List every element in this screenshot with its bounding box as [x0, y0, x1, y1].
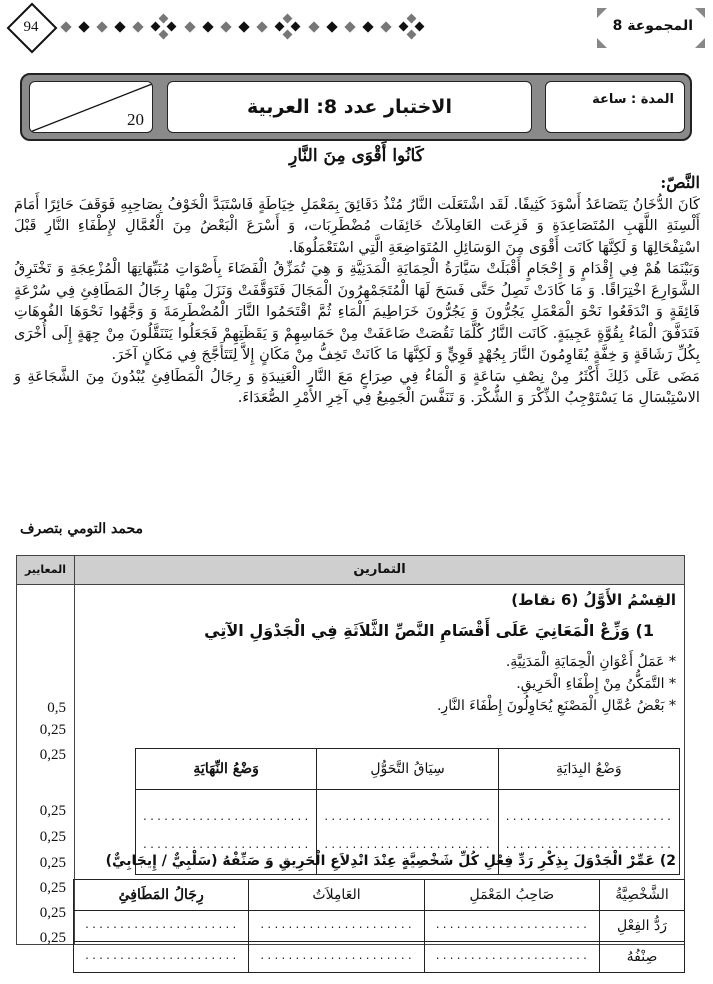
- corner-mark-icon: [695, 38, 705, 48]
- criterion-value: 0,25: [40, 747, 66, 764]
- diamond-icon: [308, 21, 319, 32]
- diamond-icon: [202, 21, 213, 32]
- answer-cell[interactable]: ......................: [249, 911, 424, 942]
- exercises-table: المعايير التمارين 0,5 0,25 0,25 0,25 0,2…: [16, 555, 685, 945]
- test-title: الاختبار عدد 8: العربية: [167, 81, 532, 133]
- meaning-item: * بَعْضُ عُمَّالِ الْمَصْنَعِ يُحَاوِلُو…: [437, 695, 676, 717]
- question-2: 2) عَمِّرْ الْجَدْوَلَ بِذِكْرِ رَدِّ فِ…: [106, 853, 676, 869]
- diamond-icon: [132, 21, 143, 32]
- diamond-icon: [238, 21, 249, 32]
- author-credit: محمد التومي بتصرف: [20, 521, 143, 537]
- column-header: رِجَالُ المَطَافِئِ: [74, 880, 249, 911]
- row-header: الشَّخْصِيَّةُ: [600, 880, 685, 911]
- text-heading: النَّصّ:: [14, 172, 700, 194]
- diamond-icon: [326, 21, 337, 32]
- diamond-icon: [256, 21, 267, 32]
- criterion-value: 0,25: [40, 930, 66, 947]
- score-total: 20: [127, 110, 144, 130]
- diamond-icon: [380, 21, 391, 32]
- diamond-icon: [362, 21, 373, 32]
- page-number: 94: [8, 4, 54, 50]
- criteria-header: المعايير: [17, 556, 75, 584]
- column-header: سِيَاقُ التَّحَوُّلِ: [317, 749, 498, 790]
- row-label: رَدُّ الفِعْلِ: [600, 911, 685, 942]
- criterion-value: 0,25: [40, 905, 66, 922]
- corner-mark-icon: [597, 38, 607, 48]
- row-label: صِنْفُهُ: [600, 942, 685, 973]
- criterion-value: 0,25: [40, 880, 66, 897]
- corner-mark-icon: [695, 8, 705, 18]
- story-title: كَانُوا أَقْوَى مِنَ النَّارِ: [0, 146, 713, 166]
- meanings-list: * عَمَلُ أَعْوَانِ الْحِمَايَةِ الْمَدَن…: [437, 651, 676, 717]
- column-header: وَضْعُ النِّهَايَةِ: [136, 749, 317, 790]
- answer-cell[interactable]: ......................: [249, 942, 424, 973]
- diamond-icon: [220, 21, 231, 32]
- answer-cell[interactable]: ......................: [424, 942, 599, 973]
- diamond-icon: [344, 21, 355, 32]
- paragraph: مَضَى عَلَى ذَلِكَ أَكْثَرُ مِنْ نِصْفِ …: [14, 366, 700, 409]
- column-header: وَضْعُ البِدَايَةِ: [498, 749, 679, 790]
- paragraph: كَانَ الدُّخَانُ يَتَصَاعَدُ أَسْوَدَ كَ…: [14, 194, 700, 259]
- ornament-row: [62, 14, 542, 40]
- answer-cell[interactable]: ......................: [424, 911, 599, 942]
- page-number-badge: 94: [8, 4, 54, 50]
- diamond-cluster-icon: [400, 14, 424, 40]
- group-tag: المجموعة 8: [567, 6, 707, 48]
- meaning-item: * عَمَلُ أَعْوَانِ الْحِمَايَةِ الْمَدَن…: [437, 651, 676, 673]
- diamond-cluster-icon: [276, 14, 300, 40]
- criteria-column: 0,5 0,25 0,25 0,25 0,25 0,25 0,25 0,25 0…: [17, 585, 75, 944]
- corner-mark-icon: [597, 8, 607, 18]
- diamond-icon: [114, 21, 125, 32]
- exercises-body: القِسْمُ الأَوَّلُ (6 نقاط) 1) وَزِّعْ ا…: [75, 585, 684, 944]
- column-header: العَامِلاَتُ: [249, 880, 424, 911]
- meaning-item: * التَّمَكُّنُ مِنْ إِطْفَاءِ الْحَرِيقِ…: [437, 673, 676, 695]
- group-label: المجموعة 8: [613, 18, 693, 34]
- paragraph: وَبَيْنَمَا هُمْ فِي إِقْدَامٍ وَ إِحْجَ…: [14, 258, 700, 366]
- criterion-value: 0,25: [40, 855, 66, 872]
- test-title-frame: 20 الاختبار عدد 8: العربية المدة : ساعة: [20, 73, 692, 141]
- criterion-value: 0,25: [40, 829, 66, 846]
- answer-cell[interactable]: ......................: [74, 942, 249, 973]
- exercises-header-row: المعايير التمارين: [17, 556, 684, 585]
- diamond-icon: [184, 21, 195, 32]
- text-passage: النَّصّ: كَانَ الدُّخَانُ يَتَصَاعَدُ أَ…: [14, 172, 700, 409]
- characters-table: الشَّخْصِيَّةُ صَاحِبُ المَعْمَلِ العَام…: [73, 879, 685, 973]
- diamond-icon: [78, 21, 89, 32]
- column-header: صَاحِبُ المَعْمَلِ: [424, 880, 599, 911]
- answer-cell[interactable]: ......................: [74, 911, 249, 942]
- question-1: 1) وَزِّعْ الْمَعَانِيَ عَلَى أَقْسَامِ …: [204, 621, 654, 640]
- section-title: القِسْمُ الأَوَّلُ (6 نقاط): [511, 591, 676, 609]
- criterion-value: 0,25: [40, 722, 66, 739]
- diamond-cluster-icon: [152, 14, 176, 40]
- score-box: 20: [29, 81, 153, 133]
- exercises-header: التمارين: [75, 556, 684, 584]
- criterion-value: 0,25: [40, 803, 66, 820]
- duration-label: المدة : ساعة: [545, 81, 685, 133]
- criterion-value: 0,5: [47, 700, 66, 717]
- diamond-icon: [96, 21, 107, 32]
- diamond-icon: [60, 21, 71, 32]
